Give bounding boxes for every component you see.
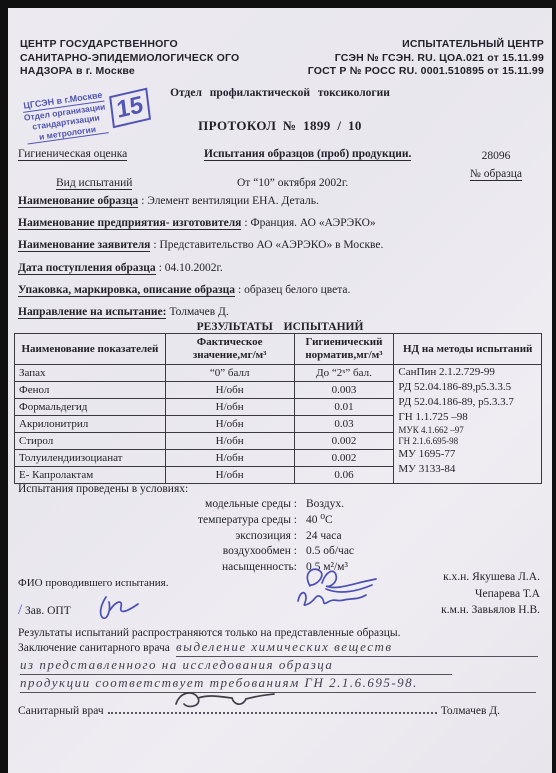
conclusion-label: Заключение санитарного врача [18,642,170,654]
tests-title-text: Испытания образцов (проб) продукции. [204,148,411,161]
tests-title: Испытания образцов (проб) продукции. [204,148,411,160]
org-right-block: ИСПЫТАТЕЛЬНЫЙ ЦЕНТР ГСЭН № ГСЭН. RU. ЦОА… [308,38,544,79]
method-line: РД 52.04.186-89, p5.3.3.7 [398,395,537,410]
handwritten-conclusion-line: из представленного на исследования образ… [20,656,452,675]
hygienic-assessment-text: Гигиеническая оценка [18,148,127,161]
org-right-line: ГСЭН № ГСЭН. RU. ЦОА.021 от 15.11.99 [308,52,544,66]
method-line: МУК 4.1.662 –97 [398,425,537,436]
cell-norm: 0.06 [294,467,394,484]
sample-number-label: № образца [470,168,522,180]
org-left-line: САНИТАРНО-ЭПИДЕМИОЛОГИЧЕСК ОГО [20,52,239,66]
col-header-norm: Гигиенический норматив,мг/м³ [294,334,394,365]
cell-norm: 0.002 [294,450,394,467]
hygienic-assessment-label: Гигиеническая оценка [18,148,127,160]
sanitary-doctor-name: Толмачев Д. [441,705,500,717]
handwritten-conclusion-line: продукции соответствует требованиям ГН 2… [20,674,536,693]
col-header-indicator: Наименование показателей [15,334,166,365]
method-line: РД 52.04.186-89,p5.3.3.5 [398,380,537,395]
results-table: Наименование показателей Фактическое зна… [14,333,542,484]
signature-zav-opt-icon [94,592,144,622]
cell-indicator: Акрилонитрил [15,416,166,433]
org-left-line: НАДЗОРА в г. Москве [20,65,239,79]
handwritten-slash: / [18,602,22,618]
cell-norm: 0.002 [294,433,394,450]
method-line: МУ 3133-84 [398,462,537,477]
org-left-block: ЦЕНТР ГОСУДАРСТВЕННОГО САНИТАРНО-ЭПИДЕМИ… [20,38,239,79]
col-header-methods: НД на методы испытаний [394,334,542,365]
cell-actual: Н/обн [165,416,294,433]
cell-methods: СанПин 2.1.2.729-99 РД 52.04.186-89,p5.3… [394,365,542,484]
tester-names: к.х.н. Якушева Л.А. Чепарева Т.А к.м.н. … [441,569,540,619]
org-right-line: ИСПЫТАТЕЛЬНЫЙ ЦЕНТР [308,38,544,52]
zav-opt-label: / Зав. ОПТ [18,602,71,619]
cell-actual: Н/обн [165,433,294,450]
handwritten-conclusion-line: выделение химических веществ [176,638,538,657]
cell-indicator: Фенол [15,382,166,399]
conditions-list: модельные среды :Воздух. температура сре… [8,497,552,576]
tester-name: Чепарева Т.А [441,586,540,603]
method-line: ГН 2.1.6.695-98 [398,436,537,447]
cell-actual: Н/обн [165,382,294,399]
cell-indicator: Стирол [15,433,166,450]
field-sample-name: Наименование образца: Элемент вентиляции… [18,195,319,207]
cell-indicator: Толуилендиизоцианат [15,450,166,467]
cell-actual: Н/обн [165,399,294,416]
field-manufacturer: Наименование предприятия- изготовителя: … [18,217,376,229]
sample-number-block: 28096 № образца [470,150,522,180]
test-kind-label: Вид испытаний [56,177,132,189]
condition-item: температура среды :40 ⁰С [8,513,552,529]
condition-item: экспозиция :24 часа [8,529,552,545]
signature-doctor-icon [168,686,278,714]
cell-actual: Н/обн [165,467,294,484]
org-left-line: ЦЕНТР ГОСУДАРСТВЕННОГО [20,38,239,52]
tester-fio-label: ФИО проводившего испытания. [18,577,169,589]
protocol-title: ПРОТОКОЛ № 1899 / 10 [8,118,552,134]
protocol-page: ЦЕНТР ГОСУДАРСТВЕННОГО САНИТАРНО-ЭПИДЕМИ… [8,8,552,773]
cell-actual: Н/обн [165,450,294,467]
cell-indicator: Е- Капролактам [15,467,166,484]
col-header-actual: Фактическое значение,мг/м³ [165,334,294,365]
table-row: Запах “0” балл До “2ˣ” бал. СанПин 2.1.2… [15,365,542,382]
field-applicant: Наименование заявителя: Представительств… [18,239,383,251]
cell-norm: 0.03 [294,416,394,433]
cell-indicator: Запах [15,365,166,382]
method-line: СанПин 2.1.2.729-99 [398,365,537,380]
table-header-row: Наименование показателей Фактическое зна… [15,334,542,365]
signature-chepareva-icon [292,587,372,613]
field-referral: Направление на испытание:Толмачев Д. [18,306,229,318]
conditions-title: Испытания проведены в условиях: [18,483,188,495]
field-packaging: Упаковка, маркировка, описание образца: … [18,284,350,296]
method-line: ГН 1.1.725 –98 [398,410,537,425]
org-right-line: ГОСТ Р № РОСС RU. 0001.510895 от 15.11.9… [308,65,544,79]
cell-actual: “0” балл [165,365,294,382]
cell-indicator: Формальдегид [15,399,166,416]
results-title: РЕЗУЛЬТАТЫ ИСПЫТАНИЙ [8,321,552,333]
method-line: МУ 1695-77 [398,447,537,462]
scanned-document: ЦЕНТР ГОСУДАРСТВЕННОГО САНИТАРНО-ЭПИДЕМИ… [0,0,556,773]
tester-name: к.х.н. Якушева Л.А. [441,569,540,586]
condition-item: модельные среды :Воздух. [8,497,552,513]
sample-number: 28096 [470,150,522,162]
cell-norm: До “2ˣ” бал. [294,365,394,382]
tester-name: к.м.н. Завьялов Н.В. [441,602,540,619]
field-receipt-date: Дата поступления образца: 04.10.2002г. [18,262,223,274]
sanitary-doctor-label: Санитарный врач [18,705,104,717]
cell-norm: 0.01 [294,399,394,416]
test-date: От “10” октября 2002г. [237,177,348,189]
cell-norm: 0.003 [294,382,394,399]
condition-item: воздухообмен :0.5 об/час [8,544,552,560]
